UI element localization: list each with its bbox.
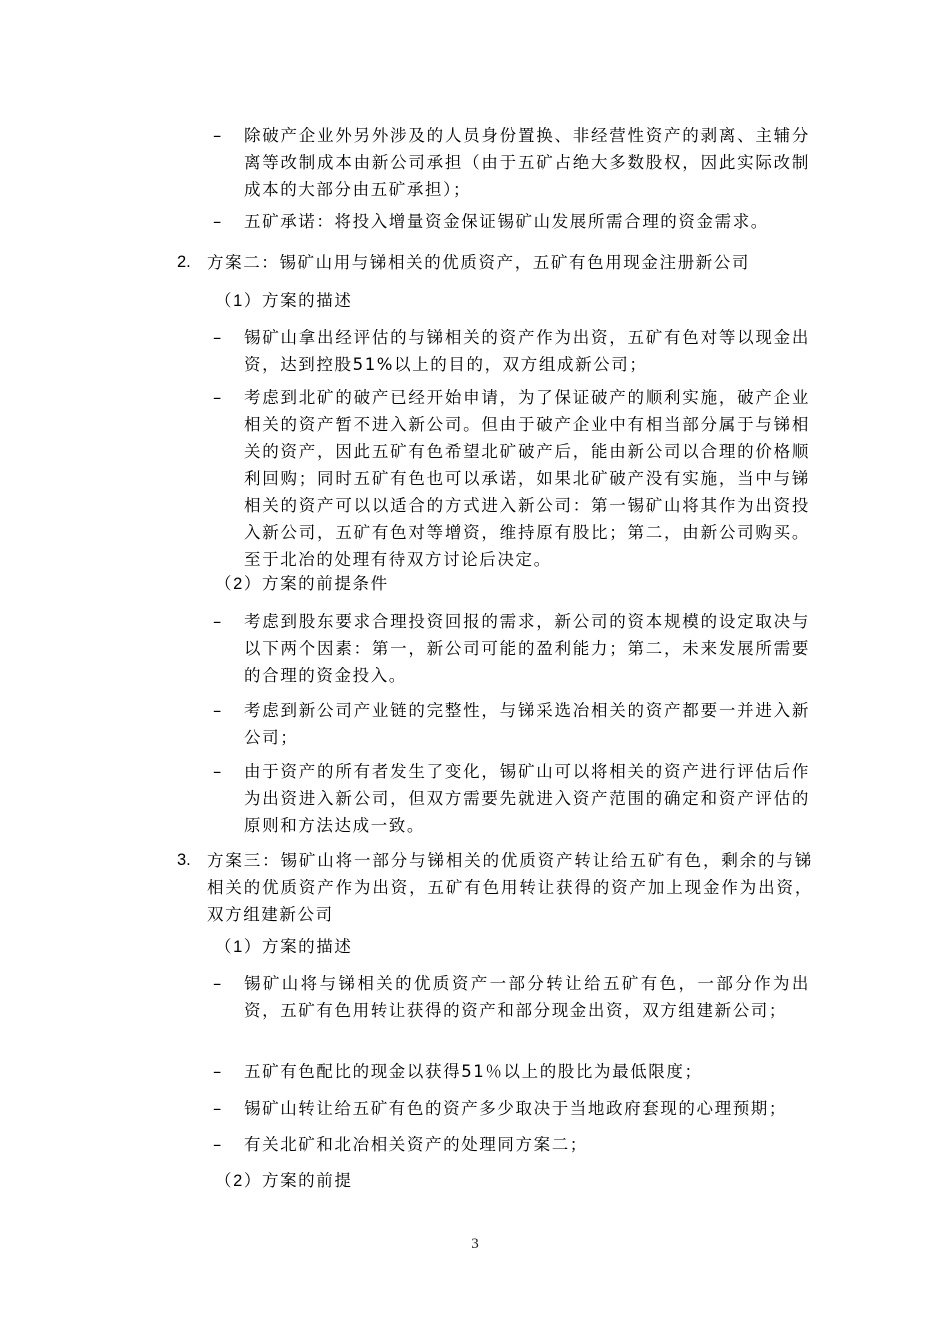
bullet-item: – 由于资产的所有者发生了变化，锡矿山可以将相关的资产进行评估后作为出资进入新公… (213, 758, 813, 839)
dash-bullet-icon: – (213, 384, 233, 411)
bullet-text: 由于资产的所有者发生了变化，锡矿山可以将相关的资产进行评估后作为出资进入新公司，… (244, 758, 810, 839)
section-title: 方案三：锡矿山将一部分与锑相关的优质资产转让给五矿有色，剩余的与锑相关的优质资产… (207, 847, 813, 928)
dash-bullet-icon: – (213, 1131, 233, 1158)
bullet-item: – 锡矿山拿出经评估的与锑相关的资产作为出资，五矿有色对等以现金出资，达到控股5… (213, 324, 813, 378)
page-number: 3 (0, 1236, 950, 1253)
dash-bullet-icon: – (213, 697, 233, 724)
bullet-text: 考虑到股东要求合理投资回报的需求，新公司的资本规模的设定取决与以下两个因素：第一… (244, 608, 810, 689)
bullet-text: 考虑到北矿的破产已经开始申请，为了保证破产的顺利实施，破产企业相关的资产暂不进入… (244, 384, 810, 573)
dash-bullet-icon: – (213, 1095, 233, 1122)
section-number: 2. (177, 249, 191, 276)
subsection-number: （1） (215, 292, 262, 310)
bullet-text: 除破产企业外另外涉及的人员身份置换、非经营性资产的剥离、主辅分离等改制成本由新公… (244, 122, 810, 203)
dash-bullet-icon: – (213, 970, 233, 997)
section-heading-3: 3. 方案三：锡矿山将一部分与锑相关的优质资产转让给五矿有色，剩余的与锑相关的优… (177, 847, 813, 928)
bullet-item: – 五矿承诺：将投入增量资金保证锡矿山发展所需合理的资金需求。 (213, 208, 813, 235)
section-title: 方案二：锡矿山用与锑相关的优质资产，五矿有色用现金注册新公司 (207, 249, 813, 276)
bullet-item: – 锡矿山转让给五矿有色的资产多少取决于当地政府套现的心理预期； (213, 1095, 813, 1122)
subsection-title: 方案的描述 (262, 937, 353, 956)
bullet-item: – 五矿有色配比的现金以获得51％以上的股比为最低限度； (213, 1058, 813, 1085)
dash-bullet-icon: – (213, 324, 233, 351)
dash-bullet-icon: – (213, 608, 233, 635)
subsection-heading: （1）方案的描述 (215, 933, 815, 961)
bullet-item: – 有关北矿和北冶相关资产的处理同方案二； (213, 1131, 813, 1158)
bullet-text: 有关北矿和北冶相关资产的处理同方案二； (244, 1131, 810, 1158)
document-page: – 除破产企业外另外涉及的人员身份置换、非经营性资产的剥离、主辅分离等改制成本由… (0, 0, 950, 1344)
bullet-text: 五矿有色配比的现金以获得51％以上的股比为最低限度； (244, 1058, 810, 1085)
bullet-item: – 考虑到股东要求合理投资回报的需求，新公司的资本规模的设定取决与以下两个因素：… (213, 608, 813, 689)
bullet-item: – 除破产企业外另外涉及的人员身份置换、非经营性资产的剥离、主辅分离等改制成本由… (213, 122, 813, 203)
subsection-title: 方案的前提条件 (262, 574, 389, 593)
subsection-heading: （2）方案的前提条件 (215, 570, 815, 598)
section-heading-2: 2. 方案二：锡矿山用与锑相关的优质资产，五矿有色用现金注册新公司 (177, 249, 813, 276)
subsection-title: 方案的描述 (262, 291, 353, 310)
dash-bullet-icon: – (213, 1058, 233, 1085)
section-number: 3. (177, 847, 191, 874)
bullet-item: – 考虑到新公司产业链的完整性，与锑采选冶相关的资产都要一并进入新公司； (213, 697, 813, 751)
bullet-text: 锡矿山将与锑相关的优质资产一部分转让给五矿有色，一部分作为出资，五矿有色用转让获… (244, 970, 810, 1024)
subsection-number: （2） (215, 575, 262, 593)
dash-bullet-icon: – (213, 208, 233, 235)
bullet-item: – 考虑到北矿的破产已经开始申请，为了保证破产的顺利实施，破产企业相关的资产暂不… (213, 384, 813, 573)
subsection-heading: （1）方案的描述 (215, 287, 815, 315)
subsection-number: （1） (215, 938, 262, 956)
subsection-title: 方案的前提 (262, 1171, 353, 1190)
subsection-number: （2） (215, 1172, 262, 1190)
bullet-text: 锡矿山转让给五矿有色的资产多少取决于当地政府套现的心理预期； (244, 1095, 810, 1122)
bullet-text: 五矿承诺：将投入增量资金保证锡矿山发展所需合理的资金需求。 (244, 208, 810, 235)
bullet-text: 锡矿山拿出经评估的与锑相关的资产作为出资，五矿有色对等以现金出资，达到控股51%… (244, 324, 810, 378)
bullet-text: 考虑到新公司产业链的完整性，与锑采选冶相关的资产都要一并进入新公司； (244, 697, 810, 751)
dash-bullet-icon: – (213, 122, 233, 149)
subsection-heading: （2）方案的前提 (215, 1167, 815, 1195)
dash-bullet-icon: – (213, 758, 233, 785)
bullet-item: – 锡矿山将与锑相关的优质资产一部分转让给五矿有色，一部分作为出资，五矿有色用转… (213, 970, 813, 1024)
